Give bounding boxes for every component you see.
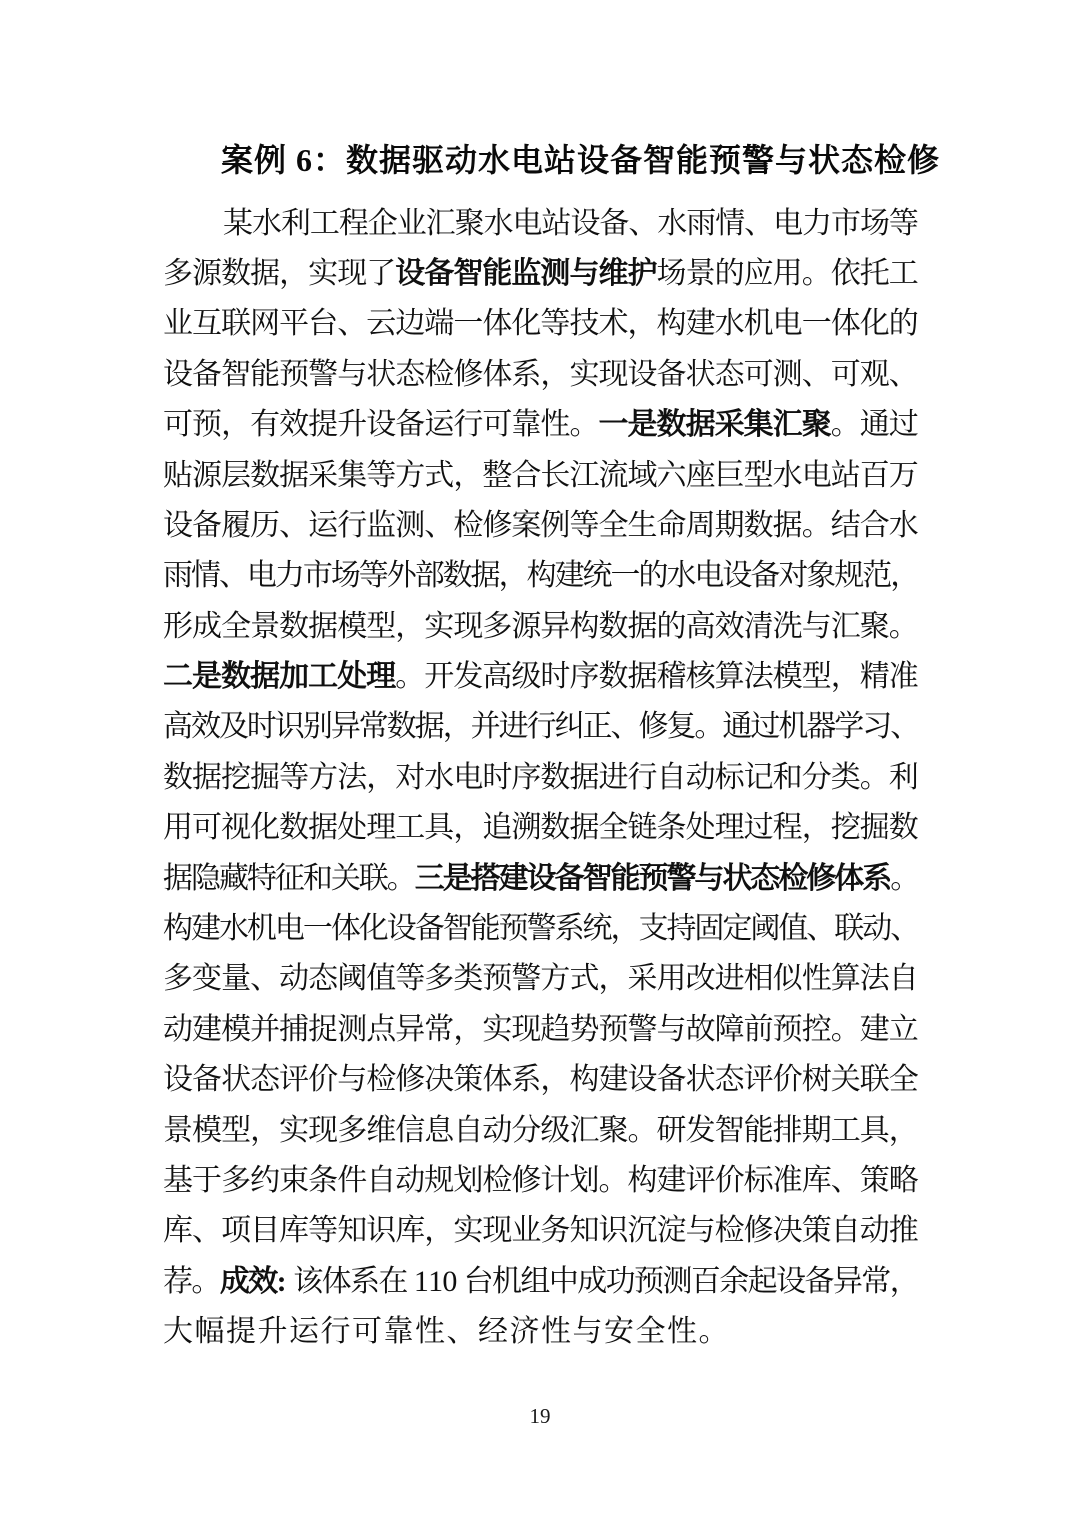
text-line: 荐。成效: 该体系在 110 台机组中成功预测百余起设备异常，	[163, 1257, 918, 1307]
body-text: 某水利工程企业汇聚水电站设备、水雨情、电力市场等多源数据，实现了设备智能监测与维…	[163, 198, 918, 1357]
text-line: 动建模并捕捉测点异常，实现趋势预警与故障前预控。建立	[163, 1005, 918, 1055]
text-line: 多变量、动态阈值等多类预警方式，采用改进相似性算法自	[163, 954, 918, 1004]
text-line: 某水利工程企业汇聚水电站设备、水雨情、电力市场等	[163, 198, 918, 248]
text-line: 贴源层数据采集等方式，整合长江流域六座巨型水电站百万	[163, 450, 918, 500]
page-number: 19	[0, 1404, 1080, 1429]
text-line: 雨情、电力市场等外部数据，构建统一的水电设备对象规范，	[163, 551, 918, 601]
text-line: 多源数据，实现了设备智能监测与维护场景的应用。依托工	[163, 249, 918, 299]
document-page: 案例 6：数据驱动水电站设备智能预警与状态检修 某水利工程企业汇聚水电站设备、水…	[0, 0, 1080, 1527]
page-title: 案例 6：数据驱动水电站设备智能预警与状态检修	[163, 141, 918, 179]
text-line: 设备智能预警与状态检修体系，实现设备状态可测、可观、	[163, 350, 918, 400]
text-line: 设备履历、运行监测、检修案例等全生命周期数据。结合水	[163, 501, 918, 551]
text-line: 可预，有效提升设备运行可靠性。一是数据采集汇聚。通过	[163, 400, 918, 450]
text-line: 构建水机电一体化设备智能预警系统，支持固定阈值、联动、	[163, 904, 918, 954]
text-line: 数据挖掘等方法，对水电时序数据进行自动标记和分类。利	[163, 753, 918, 803]
text-line: 用可视化数据处理工具，追溯数据全链条处理过程，挖掘数	[163, 803, 918, 853]
text-line: 景模型，实现多维信息自动分级汇聚。研发智能排期工具，	[163, 1105, 918, 1155]
text-line: 业互联网平台、云边端一体化等技术，构建水机电一体化的	[163, 299, 918, 349]
text-line: 库、项目库等知识库，实现业务知识沉淀与检修决策自动推	[163, 1206, 918, 1256]
text-line: 形成全景数据模型，实现多源异构数据的高效清洗与汇聚。	[163, 602, 918, 652]
text-line: 高效及时识别异常数据，并进行纠正、修复。通过机器学习、	[163, 702, 918, 752]
text-line: 大幅提升运行可靠性、经济性与安全性。	[163, 1307, 918, 1357]
text-line: 二是数据加工处理。开发高级时序数据稽核算法模型，精准	[163, 652, 918, 702]
text-line: 基于多约束条件自动规划检修计划。构建评价标准库、策略	[163, 1156, 918, 1206]
text-line: 设备状态评价与检修决策体系，构建设备状态评价树关联全	[163, 1055, 918, 1105]
text-line: 据隐藏特征和关联。三是搭建设备智能预警与状态检修体系。	[163, 853, 918, 903]
text-block: 案例 6：数据驱动水电站设备智能预警与状态检修 某水利工程企业汇聚水电站设备、水…	[163, 141, 918, 1357]
